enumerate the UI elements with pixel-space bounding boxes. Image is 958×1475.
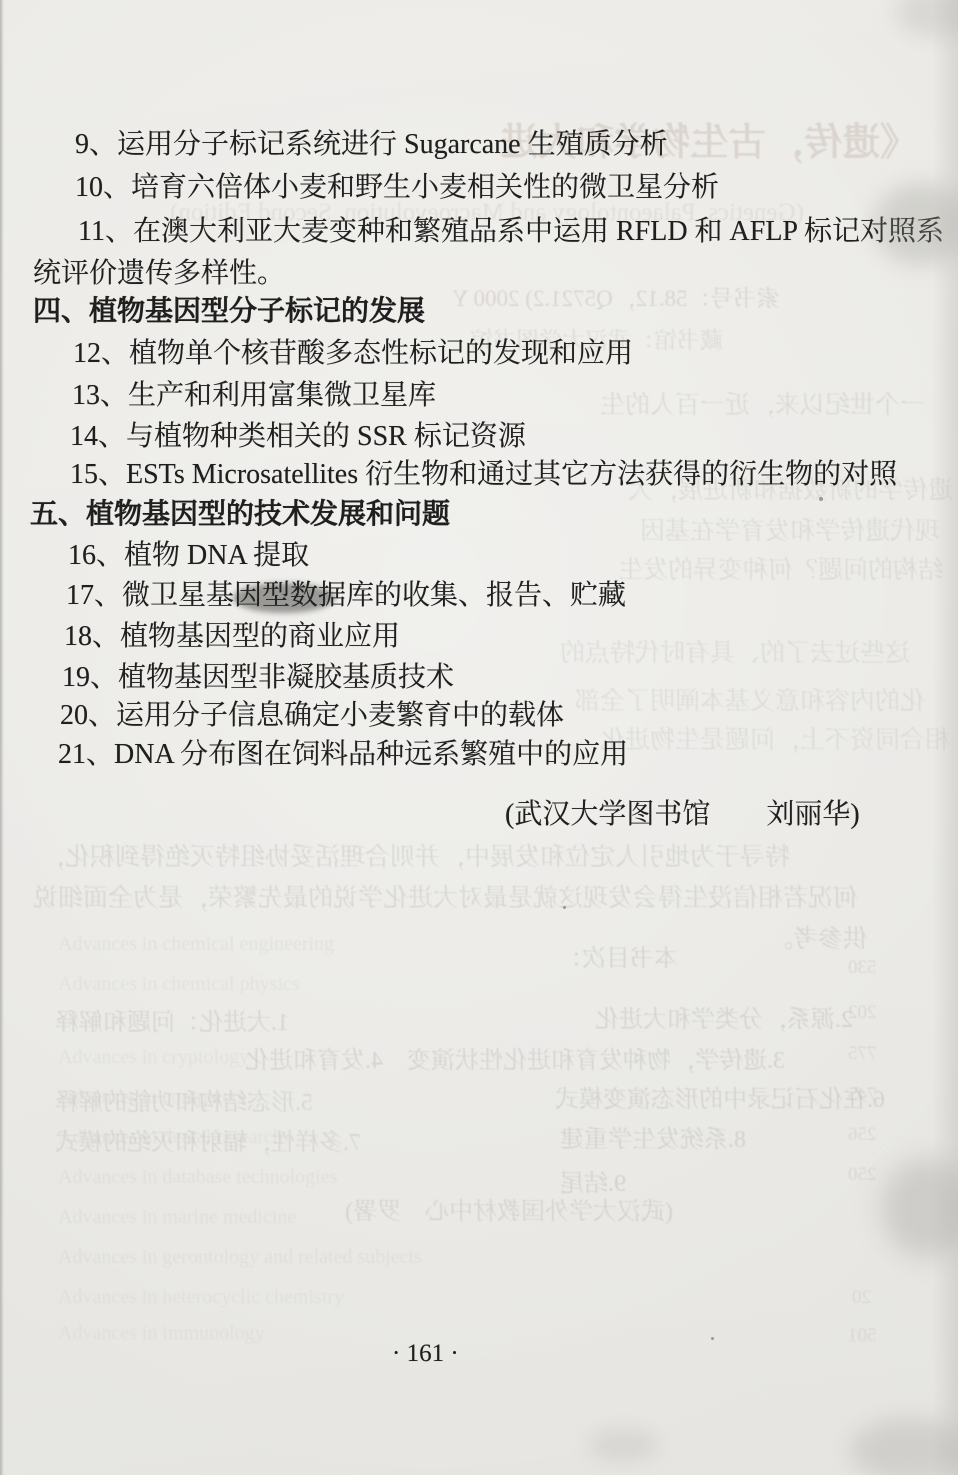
ink-smudge: [233, 583, 335, 613]
scanned-book-page: 《遗传，古生物学和大进(Genetics, Palaeontology and …: [0, 0, 958, 1475]
dust-speck: [819, 497, 823, 501]
dust-speck: [345, 433, 348, 436]
dust-speck: [563, 906, 566, 909]
ink-smudge: [882, 1158, 958, 1258]
ink-smudge: [850, 1418, 958, 1475]
ink-smudge: [588, 1428, 658, 1462]
ink-smudge: [874, 183, 958, 265]
dust-speck: [711, 1337, 714, 1340]
scan-artifacts: [0, 0, 958, 1475]
ink-smudge: [896, 0, 958, 38]
